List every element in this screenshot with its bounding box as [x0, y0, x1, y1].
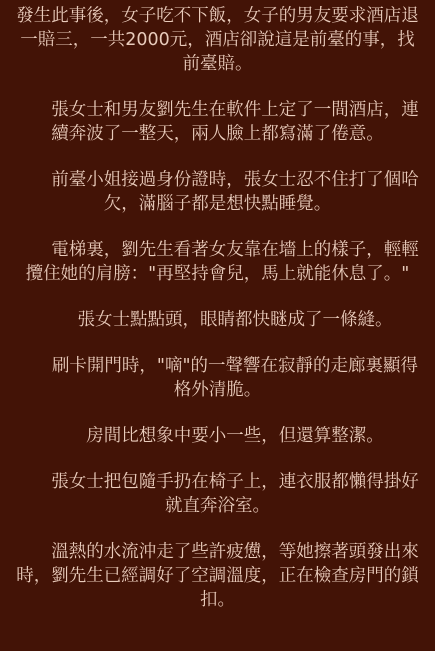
paragraph-8: 張女士把包隨手扔在椅子上，連衣服都懶得掛好就直奔浴室。 — [16, 470, 419, 518]
article-body: 發生此事後，女子吃不下飯，女子的男友要求酒店退一賠三，一共2000元，酒店卻說這… — [0, 0, 435, 612]
paragraph-7: 房間比想象中要小一些，但還算整潔。 — [16, 424, 419, 448]
paragraph-5: 張女士點點頭，眼睛都快瞇成了一條縫。 — [16, 308, 419, 332]
paragraph-3: 前臺小姐接過身份證時，張女士忍不住打了個哈欠，滿腦子都是想快點睡覺。 — [16, 168, 419, 216]
paragraph-1: 發生此事後，女子吃不下飯，女子的男友要求酒店退一賠三，一共2000元，酒店卻說這… — [16, 4, 419, 76]
paragraph-9: 溫熱的水流沖走了些許疲憊，等她擦著頭發出來時，劉先生已經調好了空調溫度，正在檢查… — [16, 540, 419, 612]
paragraph-2: 張女士和男友劉先生在軟件上定了一間酒店，連續奔波了一整天，兩人臉上都寫滿了倦意。 — [16, 98, 419, 146]
paragraph-4: 電梯裏，劉先生看著女友靠在墻上的樣子，輕輕攬住她的肩膀："再堅持會兒，馬上就能休… — [16, 238, 419, 286]
paragraph-6: 刷卡開門時，"嘀"的一聲響在寂靜的走廊裏顯得格外清脆。 — [16, 354, 419, 402]
